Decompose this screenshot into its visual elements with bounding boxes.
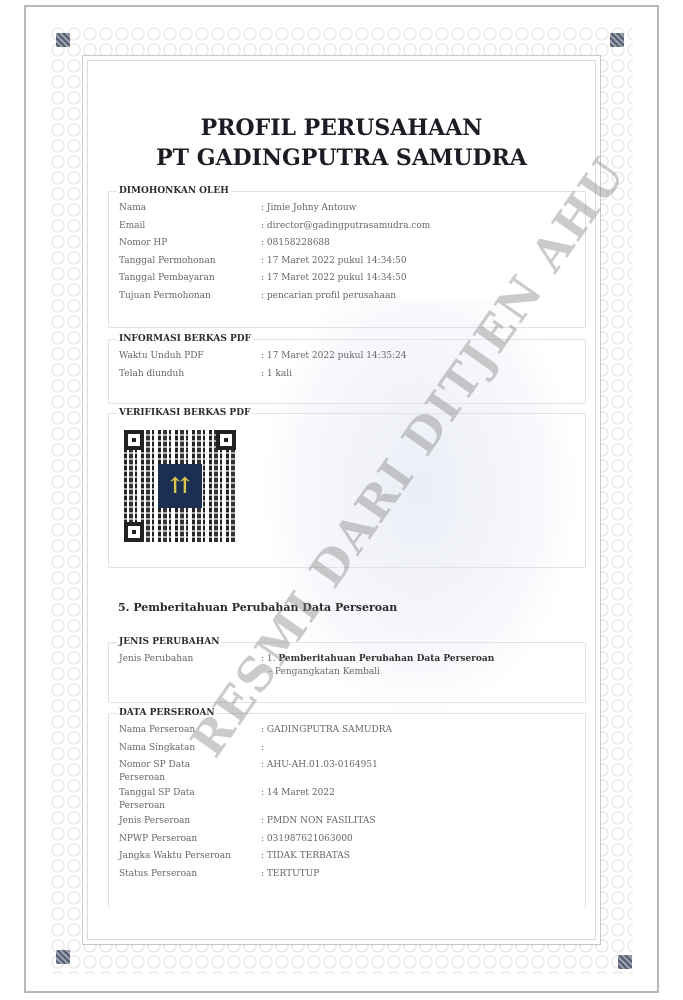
field-value: : 08158228688 <box>261 235 575 253</box>
field-label: Email <box>119 218 261 236</box>
field-value: : PMDN NON FASILITAS <box>261 813 575 831</box>
field-value: : 031987621063000 <box>261 831 575 849</box>
field-value: : <box>261 740 575 758</box>
corner-ornament-icon <box>610 33 624 47</box>
section-heading: 5. Pemberitahuan Perubahan Data Perseroa… <box>118 601 397 614</box>
change-type-title: Pemberitahuan Perubahan Data Perseroan <box>278 654 494 664</box>
pdf-verification-section: VERIFIKASI BERKAS PDF ⇈ <box>108 408 586 568</box>
info-row: NPWP Perseroan: 031987621063000 <box>119 831 575 849</box>
field-label: Waktu Unduh PDF <box>119 348 261 366</box>
field-label: Tanggal Pembayaran <box>119 270 261 288</box>
qr-finder-pattern <box>124 430 144 450</box>
field-label: Jangka Waktu Perseroan <box>119 848 261 866</box>
field-value: : director@gadingputrasamudra.com <box>261 218 575 236</box>
qr-code-icon: ⇈ <box>124 430 236 542</box>
field-label: Tujuan Permohonan <box>119 288 261 306</box>
field-label: Telah diunduh <box>119 366 261 384</box>
field-label: Tanggal Permohonan <box>119 253 261 271</box>
section-legend: JENIS PERUBAHAN <box>117 637 221 647</box>
info-row: Nomor HP: 08158228688 <box>119 235 575 253</box>
field-label: Nama Singkatan <box>119 740 261 758</box>
field-value: : 17 Maret 2022 pukul 14:35:24 <box>261 348 575 366</box>
corner-ornament-icon <box>56 950 70 964</box>
info-row: Telah diunduh: 1 kali <box>119 366 575 384</box>
info-row: Nama: Jimie Johny Antouw <box>119 200 575 218</box>
kemenkumham-logo-icon: ⇈ <box>158 464 202 508</box>
field-value: : 14 Maret 2022 <box>261 785 575 813</box>
field-label: Tanggal SP Data Perseroan <box>119 785 229 813</box>
info-row: Tanggal SP Data Perseroan: 14 Maret 2022 <box>119 785 575 813</box>
field-label: Nama <box>119 200 261 218</box>
info-row: Tujuan Permohonan: pencarian profil peru… <box>119 288 575 306</box>
field-value: : 1 kali <box>261 366 575 384</box>
field-value: : TIDAK TERBATAS <box>261 848 575 866</box>
section-legend: VERIFIKASI BERKAS PDF <box>117 408 252 418</box>
field-value: : TERTUTUP <box>261 866 575 884</box>
field-label: NPWP Perseroan <box>119 831 261 849</box>
change-type-section: JENIS PERUBAHAN Jenis Perubahan : 1. Pem… <box>108 637 586 703</box>
info-row: Nama Singkatan: <box>119 740 575 758</box>
field-label: Status Perseroan <box>119 866 261 884</box>
info-row: Nama Perseroan: GADINGPUTRA SAMUDRA <box>119 722 575 740</box>
field-value: : GADINGPUTRA SAMUDRA <box>261 722 575 740</box>
field-label: Nama Perseroan <box>119 722 261 740</box>
info-row: Tanggal Pembayaran: 17 Maret 2022 pukul … <box>119 270 575 288</box>
info-row: Status Perseroan: TERTUTUP <box>119 866 575 884</box>
document-title: PROFIL PERUSAHAAN PT GADINGPUTRA SAMUDRA <box>82 113 601 173</box>
field-label: Nomor SP Data Perseroan <box>119 757 229 785</box>
field-value: : AHU-AH.01.03-0164951 <box>261 757 575 785</box>
field-value: : 17 Maret 2022 pukul 14:34:50 <box>261 253 575 271</box>
info-row: Jangka Waktu Perseroan: TIDAK TERBATAS <box>119 848 575 866</box>
qr-finder-pattern <box>216 430 236 450</box>
list-number: : 1. <box>261 654 278 664</box>
info-row: Jenis Perseroan: PMDN NON FASILITAS <box>119 813 575 831</box>
field-value: : pencarian profil perusahaan <box>261 288 575 306</box>
field-label: Jenis Perseroan <box>119 813 261 831</box>
title-line-1: PROFIL PERUSAHAAN <box>82 113 601 143</box>
qr-finder-pattern <box>124 522 144 542</box>
field-value: : Jimie Johny Antouw <box>261 200 575 218</box>
field-label: Nomor HP <box>119 235 261 253</box>
pdf-info-section: INFORMASI BERKAS PDF Waktu Unduh PDF: 17… <box>108 334 586 404</box>
requested-by-section: DIMOHONKAN OLEH Nama: Jimie Johny Antouw… <box>108 186 586 328</box>
section-legend: DIMOHONKAN OLEH <box>117 186 231 196</box>
company-name-title: PT GADINGPUTRA SAMUDRA <box>82 143 601 173</box>
info-row: Email: director@gadingputrasamudra.com <box>119 218 575 236</box>
field-value: : 17 Maret 2022 pukul 14:34:50 <box>261 270 575 288</box>
info-row: Tanggal Permohonan: 17 Maret 2022 pukul … <box>119 253 575 271</box>
section-legend: INFORMASI BERKAS PDF <box>117 334 253 344</box>
corner-ornament-icon <box>618 955 632 969</box>
field-label: Jenis Perubahan <box>119 651 261 669</box>
corner-ornament-icon <box>56 33 70 47</box>
info-row: Nomor SP Data Perseroan: AHU-AH.01.03-01… <box>119 757 575 785</box>
section-legend: DATA PERSEROAN <box>117 708 217 718</box>
company-data-section: DATA PERSEROAN Nama Perseroan: GADINGPUT… <box>108 708 586 908</box>
info-row: Waktu Unduh PDF: 17 Maret 2022 pukul 14:… <box>119 348 575 366</box>
